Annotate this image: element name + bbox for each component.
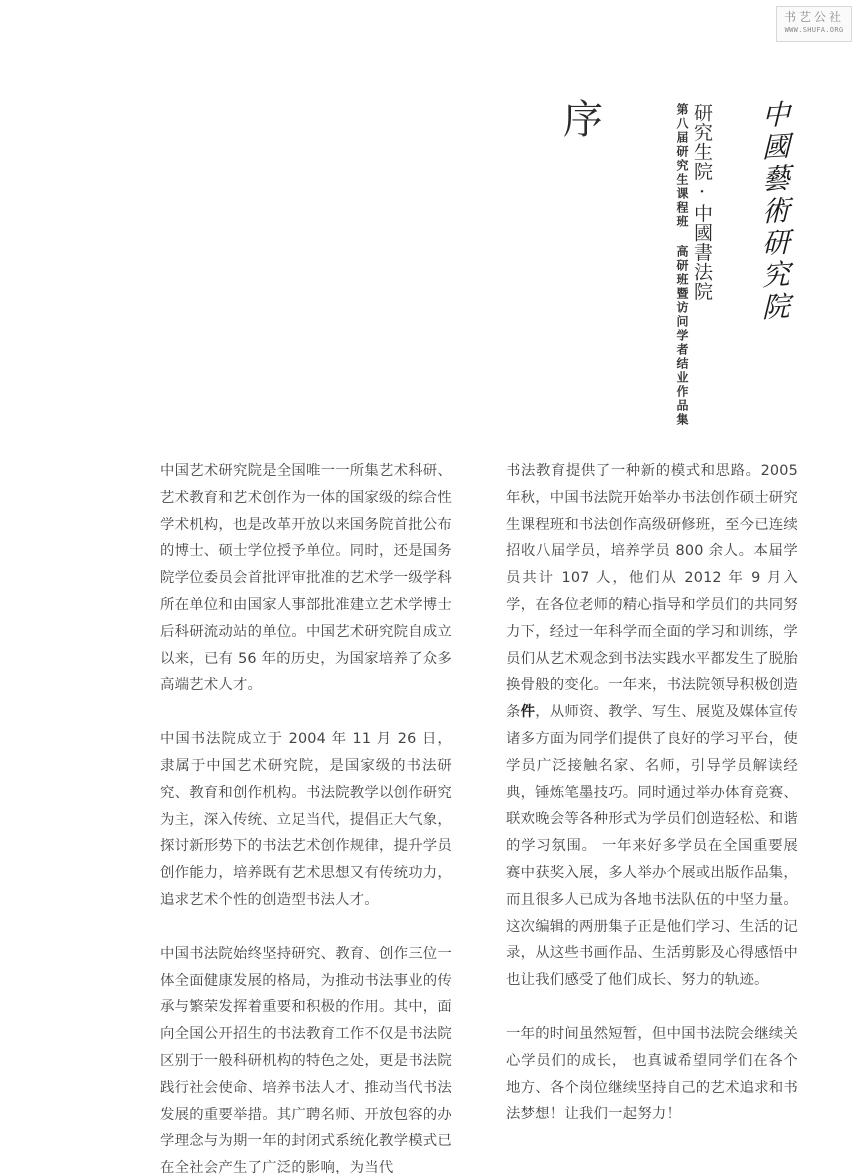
right-text-column: 书法教育提供了一种新的模式和思路。2005 年秋，中国书法院开始举办书法创作硕士… (506, 458, 798, 1128)
paragraph: 中国书法院始终坚持研究、教育、创作三位一体全面健康发展的格局，为推动书法事业的传… (160, 941, 452, 1174)
watermark-title: 书艺公社 (777, 9, 851, 25)
paragraph: 中国艺术研究院是全国唯一一所集艺术科研、艺术教育和艺术创作为一体的国家级的综合性… (160, 458, 452, 699)
paragraph-text: ，从师资、教学、写生、展览及媒体宣传诸多方面为同学们提供了良好的学习平台，使学员… (506, 704, 798, 988)
paragraph-text: 书法教育提供了一种新的模式和思路。2005 年秋，中国书法院开始举办书法创作硕士… (506, 463, 798, 720)
paragraph: 中国书法院成立于 2004 年 11 月 26 日，隶属于中国艺术研究院，是国家… (160, 726, 452, 914)
paragraph-bold-char: 件 (521, 704, 536, 720)
section-title: 序 (563, 98, 603, 142)
watermark-url: WWW.SHUFA.ORG (777, 25, 851, 35)
calligraphy-logo: 中國藝術研究院 (758, 99, 790, 325)
institution-subtitle: 研究生院·中國書法院 (691, 103, 713, 301)
collection-subtitle: 第八届研究生课程班 高研班暨访问学者结业作品集 (675, 103, 689, 427)
watermark-logo: 书艺公社 WWW.SHUFA.ORG (776, 6, 852, 42)
paragraph: 一年的时间虽然短暂，但中国书法院会继续关心学员们的成长， 也真诚希望同学们在各个… (506, 1021, 798, 1128)
left-text-column: 中国艺术研究院是全国唯一一所集艺术科研、艺术教育和艺术创作为一体的国家级的综合性… (160, 458, 452, 1174)
paragraph: 书法教育提供了一种新的模式和思路。2005 年秋，中国书法院开始举办书法创作硕士… (506, 458, 798, 994)
